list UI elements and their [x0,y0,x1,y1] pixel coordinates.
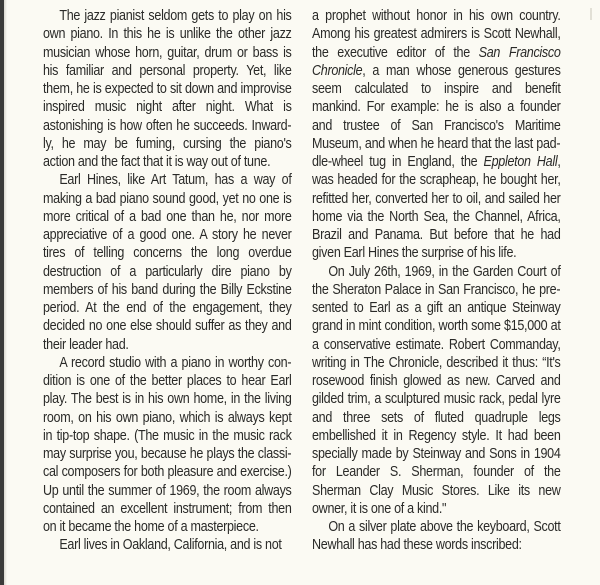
paragraph-july-26th-1969: On July 26th, 1969, in the Garden Court … [312,263,561,519]
paragraph-jazz-pianist: The jazz pianist seldom gets to play on … [43,7,292,171]
page-mark [590,8,592,20]
paragraph-earl-hines-art-tatum: Earl Hines, like Art Tatum, has a way of… [43,171,292,354]
paragraph-silver-plate: On a silver plate above the keyboard, Sc… [312,518,561,555]
paragraph-earl-lives-oakland: Earl lives in Oakland, California, and i… [43,536,292,554]
text-segment: , was headed for the scrapheap, he bough… [312,154,561,261]
paragraph-record-studio: A record studio with a piano in worthy c… [43,354,292,537]
paragraph-prophet-continued: a prophet without honor in his own count… [312,7,561,263]
left-column: The jazz pianist seldom gets to play on … [43,7,292,555]
right-column: a prophet without honor in his own count… [312,7,561,555]
italic-ship-name: Eppleton Hall [484,154,558,170]
page-gutter-shadow [4,0,7,585]
